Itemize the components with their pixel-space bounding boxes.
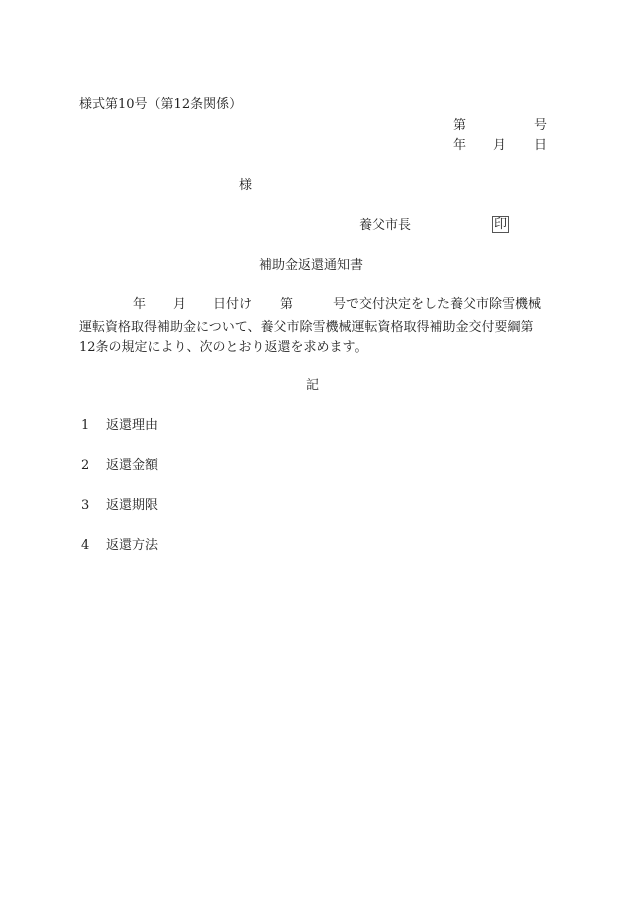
item-number: 3 [81, 499, 89, 512]
body-year: 年 [133, 298, 146, 311]
number-suffix: 号 [534, 119, 547, 132]
date-day: 日 [534, 139, 547, 152]
body-line3: 12条の規定により、次のとおり返還を求めます。 [79, 341, 368, 354]
body-date-suffix: 日付け [213, 298, 252, 311]
seal-mark: 印 [492, 216, 509, 233]
body-number-prefix: 第 [280, 298, 293, 311]
item-label: 返還理由 [106, 419, 158, 432]
number-prefix: 第 [453, 119, 466, 132]
item-number: 4 [81, 539, 89, 552]
document-title: 補助金返還通知書 [259, 259, 363, 272]
seal-icon: 印 [492, 216, 509, 233]
item-label: 返還方法 [106, 539, 158, 552]
ki-heading: 記 [306, 379, 319, 392]
item-label: 返還金額 [106, 459, 158, 472]
item-number: 1 [81, 419, 89, 432]
form-label: 様式第10号（第12条関係） [79, 98, 242, 111]
body-month: 月 [173, 298, 186, 311]
item-number: 2 [81, 459, 89, 472]
date-month: 月 [493, 139, 506, 152]
body-line1-rest: 号で交付決定をした養父市除雪機械 [333, 298, 541, 311]
addressee-suffix: 様 [239, 179, 252, 192]
date-year: 年 [453, 139, 466, 152]
item-label: 返還期限 [106, 499, 158, 512]
body-line2: 運転資格取得補助金について、養父市除雪機械運転資格取得補助金交付要綱第 [79, 321, 533, 334]
issuer-name: 養父市長 [359, 219, 411, 232]
